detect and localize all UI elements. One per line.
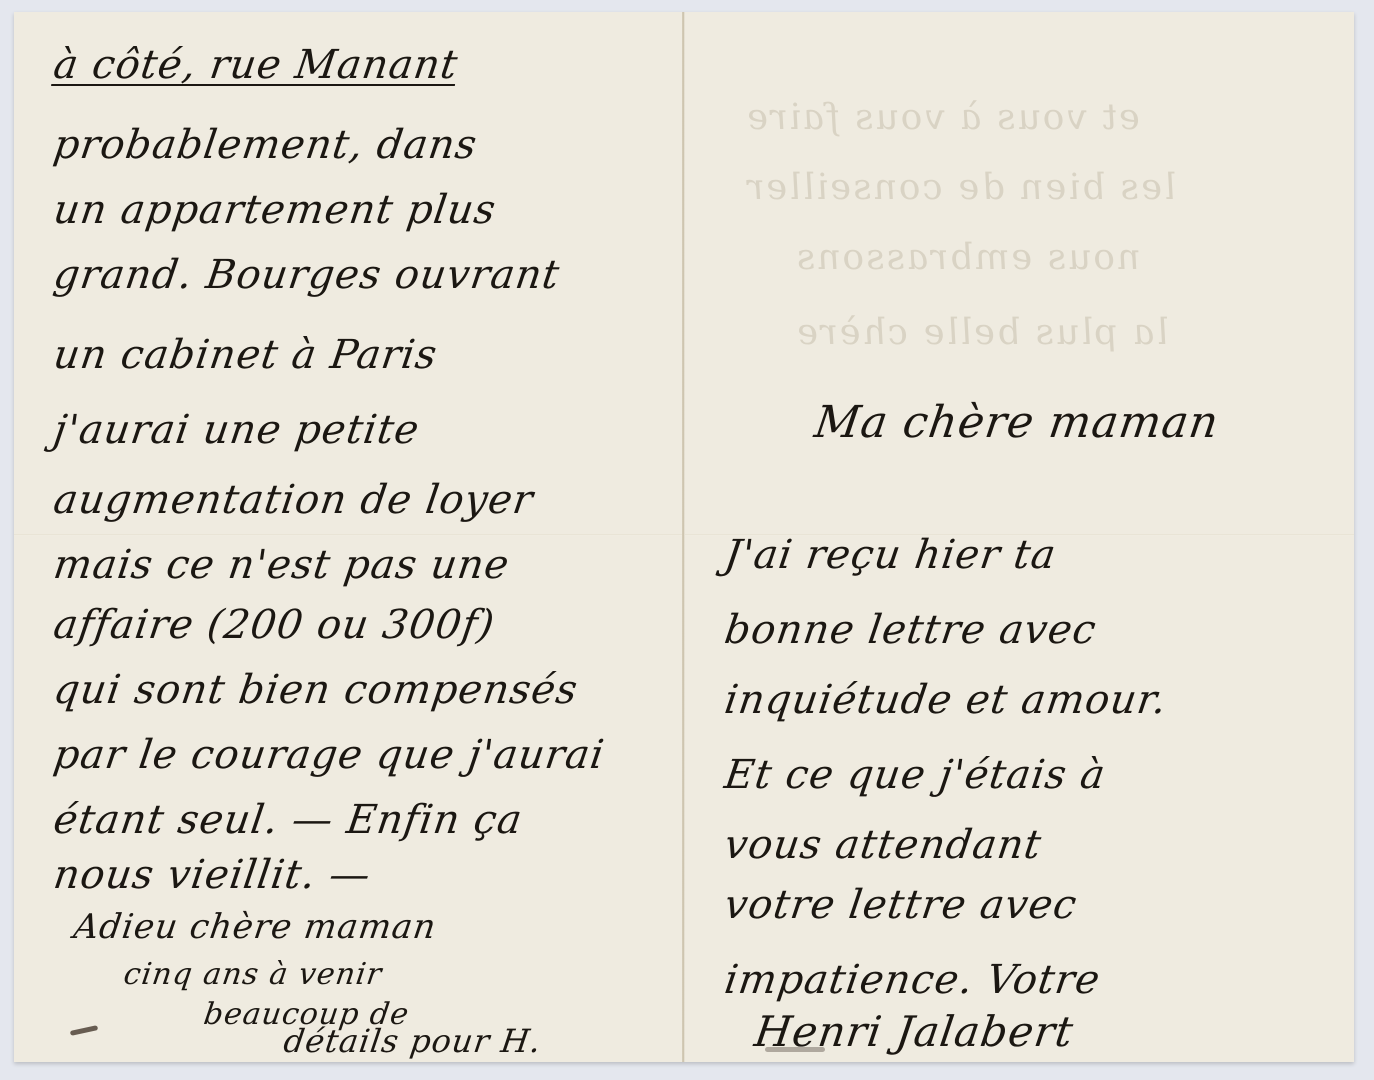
ink-smudge: [765, 1047, 825, 1052]
handwritten-line: inquiétude et amour.: [722, 677, 1170, 723]
handwritten-line: probablement, dans: [51, 122, 480, 168]
handwritten-line: qui sont bien compensés: [51, 667, 581, 713]
handwritten-line: J'ai reçu hier ta: [722, 532, 1060, 578]
closing-line: détails pour H.: [281, 1022, 544, 1060]
handwritten-line: nous vieillit. —: [51, 852, 374, 898]
right-page: et vous à vous faire les bien de conseil…: [685, 12, 1354, 1062]
handwritten-line: par le courage que j'aurai: [51, 732, 608, 778]
handwritten-line: mais ce n'est pas une: [51, 542, 513, 588]
handwritten-line: un appartement plus: [51, 187, 499, 233]
handwritten-line: étant seul. — Enfin ça: [51, 797, 526, 843]
handwritten-line: impatience. Votre: [722, 957, 1104, 1003]
handwritten-line: à côté, rue Manant: [51, 42, 461, 88]
handwritten-line: un cabinet à Paris: [51, 332, 441, 378]
bleed-through-text: et vous à vous faire: [742, 97, 1143, 138]
closing-line: Adieu chère maman: [71, 907, 439, 947]
handwritten-line: votre lettre avec: [722, 882, 1080, 928]
left-page: à côté, rue Manant probablement, dans un…: [14, 12, 682, 1062]
handwritten-line: augmentation de loyer: [51, 477, 537, 523]
handwritten-line: j'aurai une petite: [51, 407, 423, 453]
salutation: Ma chère maman: [811, 397, 1222, 448]
handwritten-line: Et ce que j'étais à: [722, 752, 1109, 798]
bleed-through-text: nous embrassons: [792, 237, 1143, 278]
bleed-through-text: les bien de conseiller: [742, 167, 1179, 208]
handwritten-line: affaire (200 ou 300f): [51, 602, 498, 648]
handwritten-line: vous attendant: [722, 822, 1045, 868]
ink-smudge: [70, 1025, 98, 1036]
bleed-through-text: la plus belle chère: [792, 312, 1171, 353]
handwritten-line: bonne lettre avec: [722, 607, 1100, 653]
letter-sheet: à côté, rue Manant probablement, dans un…: [14, 12, 1354, 1062]
handwritten-line: grand. Bourges ouvrant: [51, 252, 563, 298]
closing-line: cinq ans à venir: [122, 957, 385, 992]
